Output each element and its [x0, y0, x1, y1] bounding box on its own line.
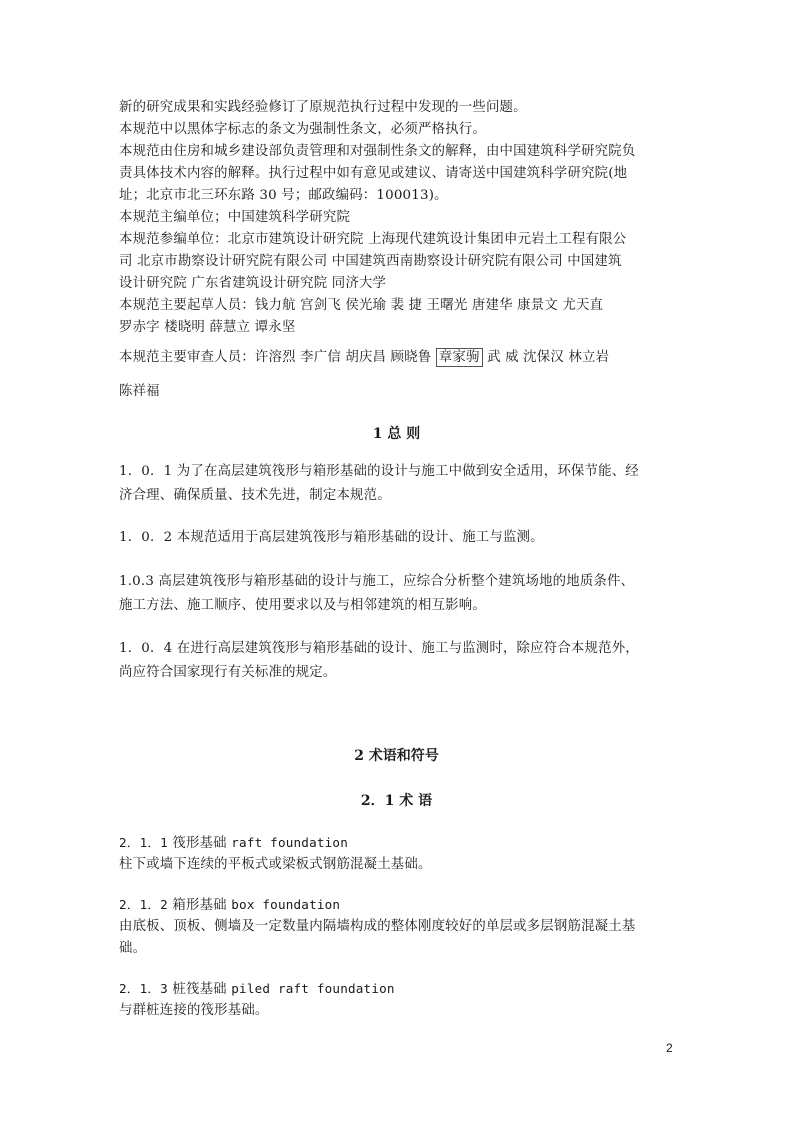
preface-line: 责具体技术内容的解释。执行过程中如有意见或建议、请寄送中国建筑科学研究院(地 [119, 165, 627, 183]
term-en: box foundation [231, 897, 340, 912]
preface-line: 新的研究成果和实践经验修订了原规范执行过程中发现的一些问题。 [119, 99, 527, 117]
page-number: 2 [666, 1041, 673, 1055]
term-2-1-1: 2．1．1 筏形基础 raft foundation [119, 834, 348, 853]
term-2-1-2: 2．1．2 箱形基础 box foundation [119, 896, 340, 915]
term-definition: 与群桩连接的筏形基础。 [119, 1002, 269, 1020]
participating-units-line: 司 北京市勘察设计研究院有限公司 中国建筑西南勘察设计研究院有限公司 中国建筑 [119, 253, 622, 271]
preface-line: 本规范中以黑体字标志的条文为强制性条文，必须严格执行。 [119, 121, 486, 139]
clause-1-0-4: 1．0．4 在进行高层建筑筏形与箱形基础的设计、施工与监测时，除应符合本规范外， [119, 640, 639, 658]
clause-1-0-3: 1.0.3 高层建筑筏形与箱形基础的设计与施工，应综合分析整个建筑场地的地质条件… [119, 573, 634, 591]
clause-1-0-1-cont: 济合理、确保质量、技术先进，制定本规范。 [119, 487, 391, 505]
term-2-1-3: 2．1．3 桩筏基础 piled raft foundation [119, 980, 395, 999]
clause-1-0-3-cont: 施工方法、施工顺序、使用要求以及与相邻建筑的相互影响。 [119, 597, 486, 615]
section-2-1-title: 2．1 术 语 [0, 792, 793, 810]
boxed-reviewer-name: 章家驹 [436, 348, 483, 367]
reviewers-continuation: 陈祥福 [119, 383, 160, 401]
participating-units-line: 设计研究院 广东省建筑设计研究院 同济大学 [119, 275, 386, 293]
term-definition: 由底板、顶板、侧墙及一定数量内隔墙构成的整体刚度较好的单层或多层钢筋混凝土基 [119, 918, 635, 936]
reviewers-line: 本规范主要审查人员：许溶烈 李广信 胡庆昌 顾晓鲁 章家驹 武 威 沈保汉 林立… [119, 349, 609, 367]
preface-line: 本规范由住房和城乡建设部负责管理和对强制性条文的解释，由中国建筑科学研究院负 [119, 143, 635, 161]
term-definition-cont: 础。 [119, 940, 146, 958]
chief-editor-line: 本规范主编单位；中国建筑科学研究院 [119, 209, 350, 227]
clause-1-0-1: 1．0．1 为了在高层建筑筏形与箱形基础的设计与施工中做到安全适用，环保节能、经 [119, 463, 639, 481]
term-cn: 箱形基础 [172, 898, 226, 913]
term-number: 2．1．1 [119, 835, 168, 850]
drafters-line: 本规范主要起草人员：钱力航 宫剑飞 侯光瑜 裴 捷 王曙光 唐建华 康景文 尤天… [119, 297, 603, 315]
clause-1-0-4-cont: 尚应符合国家现行有关标准的规定。 [119, 664, 336, 682]
chapter-1-title: 1 总 则 [0, 425, 793, 443]
term-cn: 桩筏基础 [172, 982, 226, 997]
reviewers-prefix: 本规范主要审查人员：许溶烈 李广信 胡庆昌 顾晓鲁 [119, 350, 436, 365]
chapter-2-title: 2 术语和符号 [0, 747, 793, 765]
term-number: 2．1．3 [119, 981, 168, 996]
term-definition: 柱下或墙下连续的平板式或梁板式钢筋混凝土基础。 [119, 856, 432, 874]
reviewers-suffix: 武 威 沈保汉 林立岩 [483, 350, 610, 365]
preface-line: 址；北京市北三环东路 30 号；邮政编码：100013)。 [119, 187, 448, 205]
drafters-line: 罗赤字 楼晓明 薛慧立 谭永坚 [119, 319, 295, 337]
term-en: raft foundation [231, 835, 348, 850]
participating-units-line: 本规范参编单位：北京市建筑设计研究院 上海现代建筑设计集团申元岩土工程有限公 [119, 231, 626, 249]
clause-1-0-2: 1．0．2 本规范适用于高层建筑筏形与箱形基础的设计、施工与监测。 [119, 529, 544, 547]
term-number: 2．1．2 [119, 897, 168, 912]
term-en: piled raft foundation [231, 981, 394, 996]
term-cn: 筏形基础 [172, 836, 226, 851]
